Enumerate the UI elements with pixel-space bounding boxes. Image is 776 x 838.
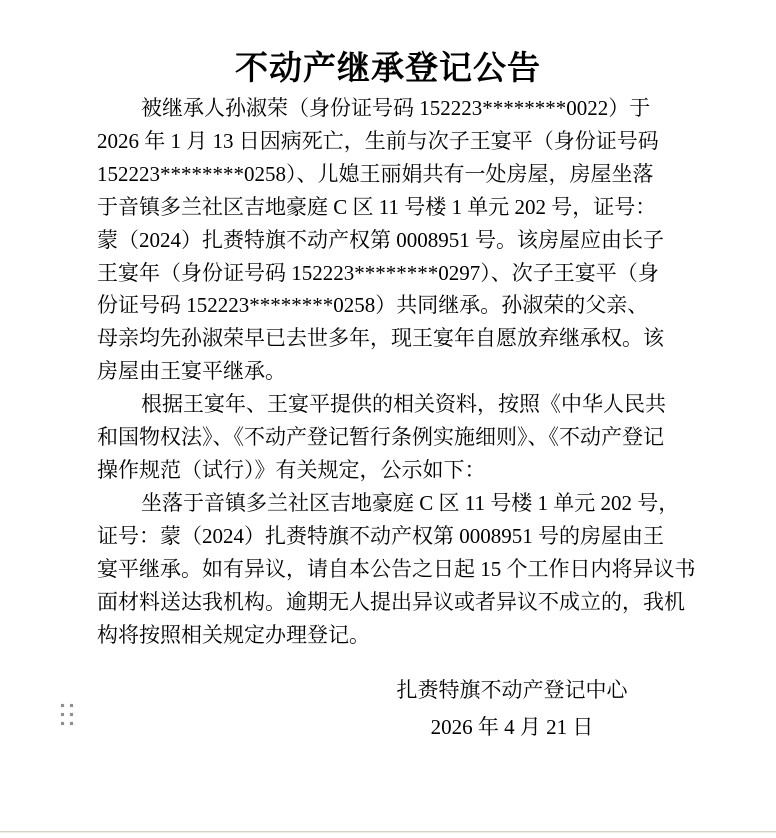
text-line: 房屋由王宴平继承。 xyxy=(97,355,703,388)
drag-handle-dot xyxy=(61,704,64,707)
text-line: 母亲均先孙淑荣早已去世多年，现王宴年自愿放弃继承权。该 xyxy=(97,322,703,355)
drag-handle-icon[interactable] xyxy=(61,704,73,725)
drag-handle-dot xyxy=(61,713,64,716)
text-line: 于音镇多兰社区吉地豪庭 C 区 11 号楼 1 单元 202 号，证号： xyxy=(97,191,703,224)
text-line: 王宴年（身份证号码 152223********0297）、次子王宴平（身 xyxy=(97,257,703,290)
drag-handle-dot xyxy=(70,713,73,716)
text-line: 被继承人孙淑荣（身份证号码 152223********0022）于 xyxy=(97,92,703,125)
signature-date: 2026 年 4 月 21 日 xyxy=(352,709,672,746)
text-line: 构将按照相关规定办理登记。 xyxy=(97,619,703,652)
paragraph: 被继承人孙淑荣（身份证号码 152223********0022）于 2026 … xyxy=(97,92,703,388)
text-line: 份证号码 152223********0258）共同继承。孙淑荣的父亲、 xyxy=(97,289,703,322)
drag-handle-dot xyxy=(70,704,73,707)
drag-handle-dot xyxy=(70,722,73,725)
text-line: 面材料送达我机构。逾期无人提出异议或者异议不成立的，我机 xyxy=(97,586,703,619)
paragraph: 根据王宴年、王宴平提供的相关资料，按照《中华人民共 和国物权法》、《不动产登记暂… xyxy=(97,388,703,487)
signature-org: 扎赉特旗不动产登记中心 xyxy=(352,672,672,709)
document-body: 被继承人孙淑荣（身份证号码 152223********0022）于 2026 … xyxy=(97,92,703,651)
text-line: 和国物权法》、《不动产登记暂行条例实施细则》、《不动产登记 xyxy=(97,421,703,454)
paragraph: 坐落于音镇多兰社区吉地豪庭 C 区 11 号楼 1 单元 202 号， 证号：蒙… xyxy=(97,487,703,652)
text-line: 根据王宴年、王宴平提供的相关资料，按照《中华人民共 xyxy=(97,388,703,421)
page-bottom-divider xyxy=(0,831,776,833)
text-line: 宴平继承。如有异议，请自本公告之日起 15 个工作日内将异议书 xyxy=(97,553,703,586)
text-line: 2026 年 1 月 13 日因病死亡，生前与次子王宴平（身份证号码 xyxy=(97,125,703,158)
drag-handle-dot xyxy=(61,722,64,725)
signature-block: 扎赉特旗不动产登记中心 2026 年 4 月 21 日 xyxy=(352,672,672,746)
document-title: 不动产继承登记公告 xyxy=(0,42,776,89)
text-line: 坐落于音镇多兰社区吉地豪庭 C 区 11 号楼 1 单元 202 号， xyxy=(97,487,703,520)
text-line: 152223********0258）、儿媳王丽娟共有一处房屋，房屋坐落 xyxy=(97,158,703,191)
text-line: 蒙（2024）扎赉特旗不动产权第 0008951 号。该房屋应由长子 xyxy=(97,224,703,257)
document-page: 不动产继承登记公告 被继承人孙淑荣（身份证号码 152223********00… xyxy=(0,0,776,838)
text-line: 操作规范（试行）》有关规定，公示如下： xyxy=(97,454,703,487)
text-line: 证号：蒙（2024）扎赉特旗不动产权第 0008951 号的房屋由王 xyxy=(97,520,703,553)
